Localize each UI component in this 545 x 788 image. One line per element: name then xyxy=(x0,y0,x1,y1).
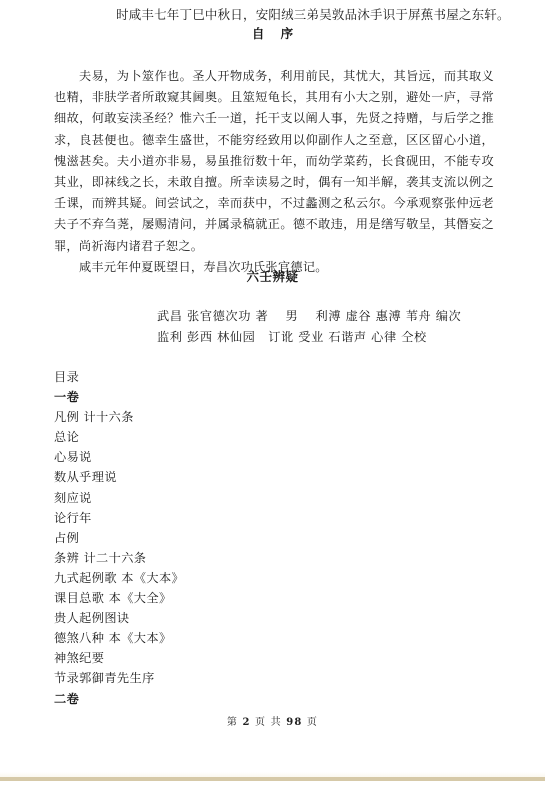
table-of-contents: 目录 一卷 凡例 计十六条 总论 心易说 数从乎理说 刻应说 论行年 占例 条辨… xyxy=(54,367,184,709)
toc-item: 数从乎理说 xyxy=(54,467,184,487)
toc-item: 课目总歌 本《大全》 xyxy=(54,588,184,608)
toc-heading: 目录 xyxy=(54,367,184,387)
toc-item: 德煞八种 本《大本》 xyxy=(54,628,184,648)
toc-item: 占例 xyxy=(54,528,184,548)
credits-line-authors: 武昌 张官德次功 著 男 利溥 虚谷 惠溥 苇舟 编次 xyxy=(157,306,461,327)
toc-item: 凡例 计十六条 xyxy=(54,407,184,427)
current-page-number: 2 xyxy=(242,717,250,728)
preface-paragraph: 夫易，为卜筮作也。圣人开物成务，利用前民，其忧大，其旨远，而其取义也精，非肤学者… xyxy=(54,66,494,257)
toc-item: 九式起例歌 本《大本》 xyxy=(54,568,184,588)
toc-item: 心易说 xyxy=(54,447,184,467)
toc-item: 节录郭御青先生序 xyxy=(54,668,184,688)
footer-prefix: 第 xyxy=(227,717,238,728)
document-page: 时咸丰七年丁巳中秋日，安阳绒三弟吴敦品沐手识于屏蕉书屋之东轩。 自 序 夫易，为… xyxy=(0,0,545,777)
page-number-footer: 第 2 页 共 98 页 xyxy=(0,716,545,730)
toc-item: 贵人起例图诀 xyxy=(54,608,184,628)
preface-title: 自 序 xyxy=(0,25,545,43)
footer-mid: 页 共 xyxy=(255,717,282,728)
toc-item: 条辨 计二十六条 xyxy=(54,548,184,568)
toc-volume-2: 二卷 xyxy=(54,689,184,709)
colophon-line: 时咸丰七年丁巳中秋日，安阳绒三弟吴敦品沐手识于屏蕉书屋之东轩。 xyxy=(116,6,510,24)
toc-volume-1: 一卷 xyxy=(54,387,184,407)
credits-line-proofreaders: 监利 彭西 林仙园 订讹 受业 石谐声 心律 仝校 xyxy=(157,327,461,348)
toc-item: 刻应说 xyxy=(54,488,184,508)
footer-suffix: 页 xyxy=(307,717,318,728)
toc-item: 神煞纪要 xyxy=(54,648,184,668)
total-page-count: 98 xyxy=(286,717,302,728)
book-title: 六壬辨疑 xyxy=(0,268,545,286)
book-credits: 武昌 张官德次功 著 男 利溥 虚谷 惠溥 苇舟 编次 监利 彭西 林仙园 订讹… xyxy=(157,306,461,348)
toc-item: 总论 xyxy=(54,427,184,447)
toc-item: 论行年 xyxy=(54,508,184,528)
next-page-edge xyxy=(0,781,545,788)
preface-body: 夫易，为卜筮作也。圣人开物成务，利用前民，其忧大，其旨远，而其取义也精，非肤学者… xyxy=(54,66,494,278)
